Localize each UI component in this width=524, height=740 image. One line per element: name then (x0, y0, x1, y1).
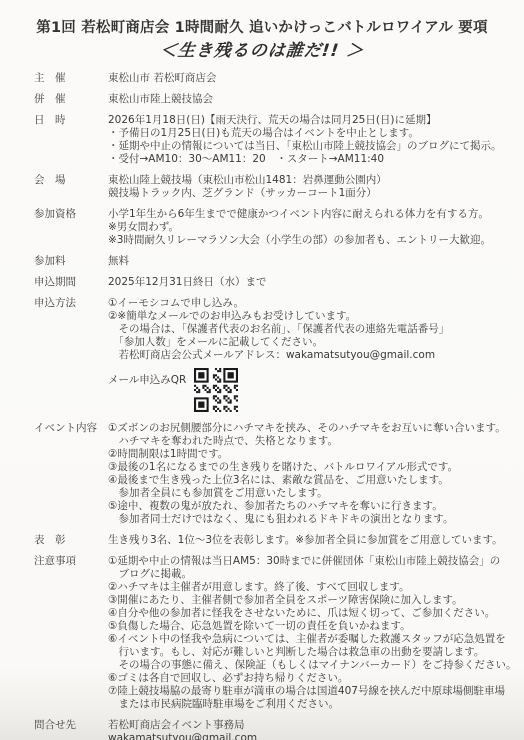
document-section: 主 催 東松山市 若松町商店会 (0, 72, 524, 85)
document-section: イベント内容 ①ズボンのお尻側腰部分にハチマキを挟み、そのハチマキをお互いに奪い… (0, 422, 524, 526)
document-section: メール申込みQR (0, 368, 524, 412)
text-line: ・受付→AM10：30～AM11：20 ・スタート→AM11:40 (108, 153, 524, 166)
document-section: 併 催 東松山市陸上競技協会 (0, 93, 524, 106)
section-label (34, 368, 108, 412)
section-content: メール申込みQR (108, 368, 524, 412)
section-label: イベント内容 (34, 422, 108, 526)
qr-caption: メール申込みQR (108, 374, 186, 387)
text-line: ブログに掲載。 (108, 568, 524, 581)
text-line: 行います。もし、対応が難しいと判断した場合は救急車の出動を要請します。 (108, 646, 524, 659)
document-subtitle: ＜生き残るのは誰だ!! ＞ (0, 40, 524, 62)
text-line: ⑤途中、複数の鬼が放たれ、参加者たちのハチマキを奪いに行きます。 (108, 500, 524, 513)
text-line: ②※簡単なメールでのお申込みもお受けしています。 (108, 310, 524, 323)
document-header: 第1回 若松町商店会 1時間耐久 追いかけっこバトルロワイアル 要項 ＜生き残る… (0, 18, 524, 62)
section-content: 2026年1月18日(日)【雨天決行、荒天の場合は同月25日(日)に延期】・予備… (108, 114, 524, 166)
section-label: 参加資格 (34, 208, 108, 247)
section-label: 問合せ先 (34, 719, 108, 740)
section-label: 注意事項 (34, 555, 108, 711)
text-line: 東松山陸上競技場（東松山市松山1481：岩鼻運動公園内） (108, 174, 524, 187)
text-line: ・予備日の1月25日(日)も荒天の場合はイベントを中止とします。 (108, 127, 524, 140)
text-line: ハチマキを奪われた時点で、失格となります。 (108, 435, 524, 448)
section-content: 東松山市 若松町商店会 (108, 72, 524, 85)
text-line: ①イーモシコムで申し込み。 (108, 297, 524, 310)
text-line: 無料 (108, 255, 524, 268)
text-line: 東松山市 若松町商店会 (108, 72, 524, 85)
text-line: 若松町商店会公式メールアドレス：wakamatsutyou@gmail.com (108, 349, 524, 362)
section-content: 生き残り3名、1位～3位を表彰します。※参加者全員に参加賞をご用意しています。 (108, 534, 524, 547)
section-content: 無料 (108, 255, 524, 268)
text-line: 東松山市陸上競技協会 (108, 93, 524, 106)
document-section: 注意事項 ①延期や中止の情報は当日AM5：30時までに併催団体「東松山市陸上競技… (0, 555, 524, 711)
section-label: 表 彰 (34, 534, 108, 547)
section-content: 2025年12月31日終日（水）まで (108, 276, 524, 289)
text-line: ③開催にあたり、主催者側で参加者全員をスポーツ障害保険に加入します。 (108, 594, 524, 607)
section-label: 主 催 (34, 72, 108, 85)
text-line: 生き残り3名、1位～3位を表彰します。※参加者全員に参加賞をご用意しています。 (108, 534, 524, 547)
document-body: 主 催 東松山市 若松町商店会 併 催 東松山市陸上競技協会 日 時 2026年… (0, 72, 524, 740)
text-line: ④自分や他の参加者に怪我をさせないために、爪は短く切って、ご参加ください。 (108, 607, 524, 620)
text-line: ※3時間耐久リレーマラソン大会（小学生の部）の参加者も、エントリー大歓迎。 (108, 234, 524, 247)
text-line: または市民病院臨時駐車場をご利用ください。 (108, 698, 524, 711)
text-line: ⑤負傷した場合、応急処置を除いて一切の責任を負いかねます。 (108, 620, 524, 633)
document-section: 問合せ先 若松町商店会イベント事務局wakamatsutyou@gmail.co… (0, 719, 524, 740)
text-line: 2026年1月18日(日)【雨天決行、荒天の場合は同月25日(日)に延期】 (108, 114, 524, 127)
text-line: 若松町商店会イベント事務局 (108, 719, 524, 732)
text-line: 小学1年生から6年生までで健康かつイベント内容に耐えられる体力を有する方。 (108, 208, 524, 221)
section-content: 東松山陸上競技場（東松山市松山1481：岩鼻運動公園内）競技場トラック内、芝グラ… (108, 174, 524, 200)
text-line: 競技場トラック内、芝グランド（サッカーコート1面分） (108, 187, 524, 200)
text-line: ①ズボンのお尻側腰部分にハチマキを挟み、そのハチマキをお互いに奪い合います。 (108, 422, 524, 435)
text-line: ※男女問わず。 (108, 221, 524, 234)
text-line: ④最後まで生き残った上位3名には、素敵な賞品を、ご用意いたします。 (108, 474, 524, 487)
document-section: 表 彰 生き残り3名、1位～3位を表彰します。※参加者全員に参加賞をご用意してい… (0, 534, 524, 547)
section-label: 日 時 (34, 114, 108, 166)
section-label: 会 場 (34, 174, 108, 200)
section-label: 申込方法 (34, 297, 108, 362)
text-line: ⑥ゴミは各自で回収し、必ずお持ち帰りください。 (108, 672, 524, 685)
text-line: その場合の事態に備え、保険証（もしくはマイナンバーカード）をご持参ください。 (108, 659, 524, 672)
text-line: 「参加人数」をメールに記載してください。 (108, 336, 524, 349)
section-content: 小学1年生から6年生までで健康かつイベント内容に耐えられる体力を有する方。※男女… (108, 208, 524, 247)
scanned-document-page: 第1回 若松町商店会 1時間耐久 追いかけっこバトルロワイアル 要項 ＜生き残る… (0, 0, 524, 740)
text-line: その場合は、「保護者代表のお名前」、「保護者代表の連絡先電話番号」 (108, 323, 524, 336)
document-section: 参加料 無料 (0, 255, 524, 268)
document-title: 第1回 若松町商店会 1時間耐久 追いかけっこバトルロワイアル 要項 (0, 18, 524, 38)
section-content: ①ズボンのお尻側腰部分にハチマキを挟み、そのハチマキをお互いに奪い合います。 ハ… (108, 422, 524, 526)
document-section: 申込期間 2025年12月31日終日（水）まで (0, 276, 524, 289)
text-line: ①延期や中止の情報は当日AM5：30時までに併催団体「東松山市陸上競技協会」の (108, 555, 524, 568)
qr-block: メール申込みQR (108, 368, 524, 412)
section-label: 申込期間 (34, 276, 108, 289)
qr-code-image (194, 368, 238, 412)
document-section: 参加資格 小学1年生から6年生までで健康かつイベント内容に耐えられる体力を有する… (0, 208, 524, 247)
text-line: ②時間制限は1時間です。 (108, 448, 524, 461)
text-line: ・延期や中止の情報については当日、「東松山市陸上競技協会」のブログにて掲示。 (108, 140, 524, 153)
text-line: ②ハチマキは主催者が用意します。終了後、すべて回収します。 (108, 581, 524, 594)
text-line: 参加者全員にも参加賞をご用意いたします。 (108, 487, 524, 500)
text-line: ⑦陸上競技場脇の最寄り駐車が満車の場合は国道407号線を挟んだ中原球場側駐車場 (108, 685, 524, 698)
text-line: 2025年12月31日終日（水）まで (108, 276, 524, 289)
section-label: 参加料 (34, 255, 108, 268)
document-section: 会 場 東松山陸上競技場（東松山市松山1481：岩鼻運動公園内）競技場トラック内… (0, 174, 524, 200)
section-content: ①イーモシコムで申し込み。②※簡単なメールでのお申込みもお受けしています。 その… (108, 297, 524, 362)
section-content: 東松山市陸上競技協会 (108, 93, 524, 106)
text-line: 参加者同士だけではなく、鬼にも狙われるドキドキの演出となります。 (108, 513, 524, 526)
text-line: ③最後の1名になるまでの生き残りを賭けた、バトルロワイアル形式です。 (108, 461, 524, 474)
document-section: 日 時 2026年1月18日(日)【雨天決行、荒天の場合は同月25日(日)に延期… (0, 114, 524, 166)
section-label: 併 催 (34, 93, 108, 106)
section-content: 若松町商店会イベント事務局wakamatsutyou@gmail.com (108, 719, 524, 740)
document-section: 申込方法 ①イーモシコムで申し込み。②※簡単なメールでのお申込みもお受けしていま… (0, 297, 524, 362)
text-line: ⑥イベント中の怪我や急病については、主催者が委嘱した救護スタッフが応急処置を (108, 633, 524, 646)
section-content: ①延期や中止の情報は当日AM5：30時までに併催団体「東松山市陸上競技協会」の … (108, 555, 524, 711)
text-line: wakamatsutyou@gmail.com (108, 732, 524, 740)
